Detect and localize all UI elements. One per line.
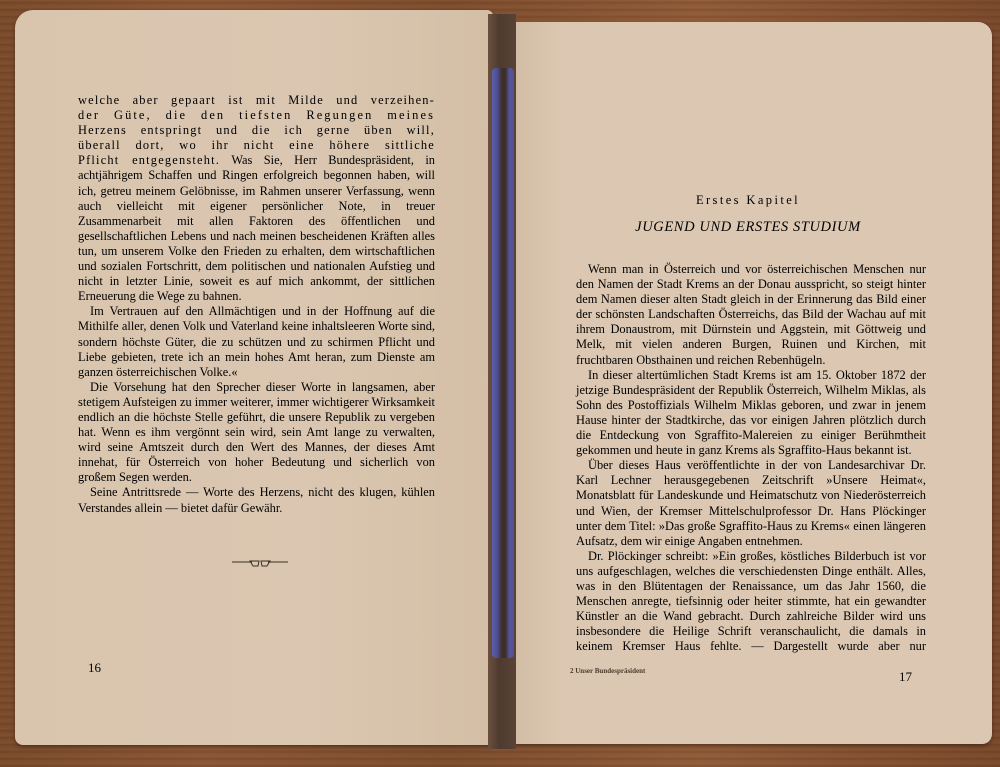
spine-binding-tape (492, 68, 514, 658)
printer-signature-mark: 2 Unser Bundespräsident (570, 667, 645, 675)
spaced-line: der Güte, die den tiefsten Regungen mein… (78, 108, 435, 123)
spaced-line: überall dort, wo ihr nicht eine höhere s… (78, 138, 435, 153)
paragraph: Wenn man in Österreich und vor österreic… (576, 262, 926, 368)
spaced-line-end: Pflicht entgegensteht. (78, 153, 220, 167)
paragraph-text: Was Sie, Herr Bundespräsident, in achtjä… (78, 153, 435, 303)
page-number-right: 17 (899, 669, 912, 685)
spaced-line: welche aber gepaart ist mit Milde und ve… (78, 93, 435, 108)
spaced-line: Herzens entspringt und die ich gerne übe… (78, 123, 435, 138)
chapter-label: Erstes Kapitel (504, 193, 992, 208)
paragraph: Im Vertrauen auf den Allmächtigen und in… (78, 304, 435, 379)
paragraph: Die Vorsehung hat den Sprecher dieser Wo… (78, 380, 435, 486)
paragraph: Dr. Plöckinger schreibt: »Ein großes, kö… (576, 549, 926, 655)
right-page-text: Wenn man in Österreich und vor österreic… (576, 262, 926, 654)
paragraph: Seine Antrittsrede — Worte des Herzens, … (78, 485, 435, 515)
paragraph: Pflicht entgegensteht. Was Sie, Herr Bun… (78, 153, 435, 304)
chapter-title: JUGEND UND ERSTES STUDIUM (504, 219, 992, 236)
end-ornament-icon (232, 558, 288, 568)
paragraph: Über dieses Haus veröffentlichte in der … (576, 458, 926, 549)
paragraph: In dieser altertümlichen Stadt Krems ist… (576, 368, 926, 459)
left-page-text: welche aber gepaart ist mit Milde und ve… (78, 93, 435, 516)
page-number-left: 16 (88, 660, 101, 676)
